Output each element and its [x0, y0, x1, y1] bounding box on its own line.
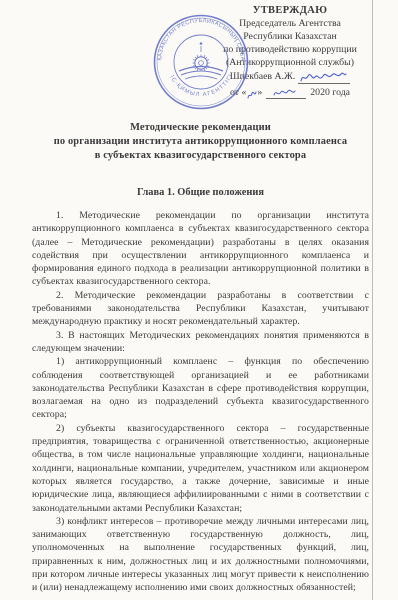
date-quote-close: » — [257, 86, 262, 99]
stamp-ring-text-top: ҚАЗАҚСТАН РЕСПУБЛИКАСЫНЫҢ СЫБАЙЛАС ЖЕМҚО… — [152, 13, 245, 61]
svg-text:ҚАЗАҚСТАН РЕСПУБЛИКАСЫНЫҢ СЫБА: ҚАЗАҚСТАН РЕСПУБЛИКАСЫНЫҢ СЫБАЙЛАС ЖЕМҚО… — [152, 13, 245, 61]
paragraph-2: 2. Методические рекомендации разработаны… — [32, 289, 369, 329]
title-line: по организации института антикоррупционн… — [32, 135, 369, 149]
definition-item-3: 3) конфликт интересов – противоречие меж… — [32, 515, 369, 595]
kazakhstan-emblem-icon — [179, 42, 223, 79]
scanned-document-page: УТВЕРЖДАЮ Председатель Агентства Республ… — [0, 0, 398, 600]
date-suffix: 2020 года — [310, 86, 350, 99]
signature-line — [298, 71, 350, 84]
document-content: Методические рекомендации по организации… — [32, 121, 369, 595]
scan-artifact-line — [372, 0, 373, 600]
definition-item-1: 1) антикоррупционный комплаенс – функция… — [32, 355, 369, 421]
document-title: Методические рекомендации по организации… — [32, 121, 369, 163]
paragraph-1: 1. Методические рекомендации по организа… — [32, 209, 369, 289]
definition-item-2: 2) субъекты квазигосударственного сектор… — [32, 422, 369, 515]
title-line: в субъектах квазигосударственного сектор… — [32, 149, 369, 163]
document-body: 1. Методические рекомендации по организа… — [32, 209, 369, 595]
chapter-heading: Глава 1. Общие положения — [32, 186, 369, 200]
official-stamp-seal: ҚАЗАҚСТАН РЕСПУБЛИКАСЫНЫҢ СЫБАЙЛАС ЖЕМҚО… — [152, 13, 250, 111]
month-blank-line — [266, 86, 306, 99]
stamp-icon: ҚАЗАҚСТАН РЕСПУБЛИКАСЫНЫҢ СЫБАЙЛАС ЖЕМҚО… — [152, 13, 250, 111]
title-line: Методические рекомендации — [32, 121, 369, 135]
paragraph-3: 3. В настоящих Методических рекомендация… — [32, 329, 369, 356]
